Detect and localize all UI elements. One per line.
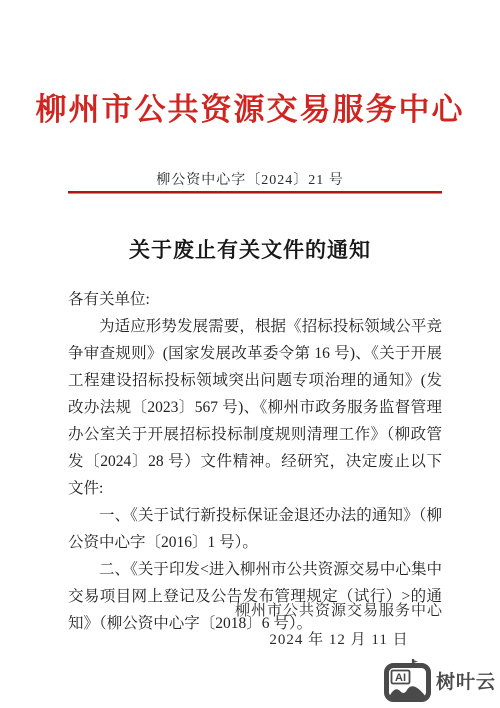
signature-org-name: 柳州市公共资源交易服务中心 [235,597,443,626]
salutation: 各有关单位: [68,286,442,313]
notice-body: 各有关单位: 为适应形势发展需要，根据《招标投标领域公平竞争审查规则》(国家发展… [68,286,442,637]
red-header-divider [68,191,442,194]
watermark-brand-name: 树叶云 [436,667,496,694]
ai-photo-logo-icon: AI [384,658,431,702]
document-reference-number: 柳公资中心字〔2024〕21 号 [0,169,500,189]
watermark: AI 树叶云 [384,658,496,702]
notice-title: 关于废止有关文件的通知 [0,234,500,264]
repealed-item-1: 一、《关于试行新投标保证金退还办法的通知》（柳公资中心字〔2016〕1 号）。 [68,502,442,556]
signature-block: 柳州市公共资源交易服务中心 2024 年 12 月 11 日 [235,597,443,655]
body-paragraph: 为适应形势发展需要，根据《招标投标领域公平竞争审查规则》(国家发展改革委令第 1… [68,313,442,502]
signature-date: 2024 年 12 月 11 日 [235,626,443,655]
svg-text:AI: AI [395,672,406,684]
document-page: 柳州市公共资源交易服务中心 柳公资中心字〔2024〕21 号 关于废止有关文件的… [0,0,500,708]
red-header-org-name: 柳州市公共资源交易服务中心 [0,84,500,129]
